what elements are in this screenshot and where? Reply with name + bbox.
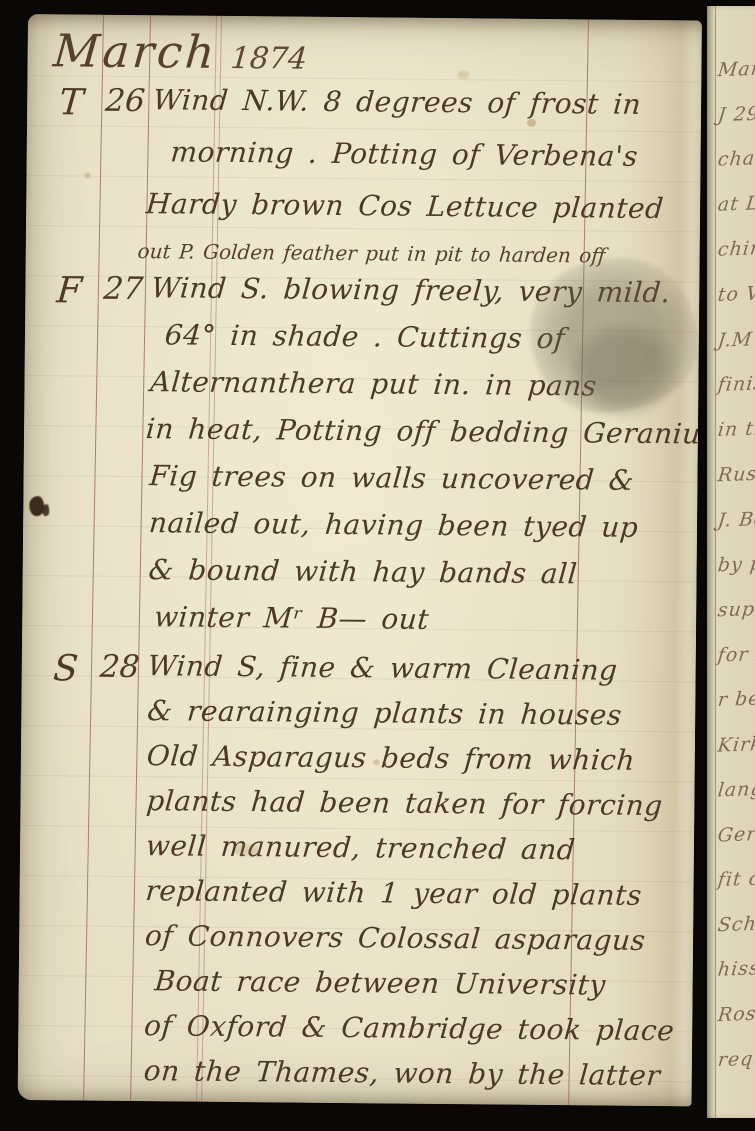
entry-line: of Connovers Colossal asparagus — [144, 919, 647, 957]
day-letter: T — [42, 82, 101, 124]
entry-line: out P. Golden feather put in pit to hard… — [137, 239, 607, 267]
adjacent-page-text-fragment: to Vil — [717, 282, 755, 306]
date-number: 28 — [94, 649, 145, 685]
entry-line: & bound with hay bands all — [147, 553, 578, 590]
adjacent-page-text-fragment: Ruse u — [717, 462, 755, 486]
entry-line: on the Thames, won by the latter — [143, 1054, 662, 1092]
header-month: March — [52, 24, 220, 79]
entry-line: Wind S. blowing freely, very mild. — [150, 271, 672, 309]
entry-line: in heat, Potting off bedding Geraniums — [145, 412, 702, 451]
entry-line: Wind N.W. 8 degrees of frost in — [152, 83, 643, 121]
adjacent-page-text-fragment: Roses — [717, 1002, 755, 1026]
entry-line: nailed out, having been tyed up — [148, 506, 640, 544]
entry-line: replanted with 1 year old plants — [144, 874, 643, 912]
adjacent-page-text-fragment: in tin — [717, 417, 755, 441]
day-letter: S — [36, 648, 95, 690]
entry-line: plants had been taken for forcing — [145, 784, 664, 822]
entry-line: Wind S, fine & warm Cleaning — [146, 649, 618, 686]
adjacent-page-text-fragment: Kirk R.M — [717, 731, 755, 756]
entry-line: Fig trees on walls uncovered & — [148, 459, 635, 497]
adjacent-page-text-fragment: finish — [717, 372, 755, 396]
date-number: 26 — [100, 83, 151, 119]
date-number: 27 — [98, 271, 149, 307]
entry-line: winter Mʳ B— out — [153, 600, 431, 636]
adjacent-page-text-fragment: hiss — [717, 957, 755, 980]
adjacent-page-text-fragment: at L — [717, 192, 755, 215]
header-year: 1874 — [229, 41, 308, 77]
diary-page: March1874 T26Wind N.W. 8 degrees of fros… — [18, 14, 702, 1106]
adjacent-page-text-fragment: r bek — [717, 687, 755, 711]
adjacent-page-edge: MarchJ 29 Mchaat Lchirto VilJ.M Windfini… — [707, 6, 755, 1118]
adjacent-page-text-fragment: J. Bdging — [717, 506, 755, 531]
day-letter: F — [40, 270, 99, 312]
entry-line: & rearainging plants in houses — [146, 694, 623, 732]
adjacent-page-text-fragment: requir — [717, 1047, 755, 1071]
adjacent-page-text-fragment: Schrad — [717, 912, 755, 937]
adjacent-page-text-fragment: fit off — [717, 867, 755, 891]
entry-line: Old Asparagus beds from which — [146, 739, 637, 777]
adjacent-page-text-fragment: J.M Wind — [717, 326, 755, 351]
adjacent-page-text-fragment: Geraniu — [717, 822, 755, 847]
adjacent-page-text-fragment: by post — [717, 552, 755, 577]
adjacent-page-text-fragment: langual — [717, 777, 755, 802]
entry-line: Hardy brown Cos Lettuce planted — [145, 187, 665, 225]
entry-line: Boat race between University — [153, 964, 607, 1001]
ink-blot — [29, 496, 44, 516]
adjacent-page-text-fragment: for Lock — [717, 641, 755, 666]
entry-line: of Oxford & Cambridge took place — [143, 1009, 676, 1047]
entry-line: 64° in shade . Cuttings of — [164, 318, 567, 355]
page-header: March1874 — [52, 24, 310, 79]
adjacent-page-text-fragment: J 29 M — [717, 102, 755, 126]
adjacent-page-text-fragment: March — [717, 57, 755, 81]
adjacent-page-margin-line — [715, 6, 716, 1118]
entry-line: Alternanthera put in. in pans — [149, 365, 598, 402]
photo-of-diary: March1874 T26Wind N.W. 8 degrees of fros… — [0, 0, 755, 1131]
adjacent-page-text-fragment: chir — [717, 237, 755, 260]
entry-line: well manured, trenched and — [145, 829, 577, 866]
adjacent-page-text-fragment: cha — [717, 147, 755, 170]
adjacent-page-text-fragment: support — [717, 597, 755, 622]
entry-line: morning . Potting of Verbena's — [169, 135, 639, 172]
